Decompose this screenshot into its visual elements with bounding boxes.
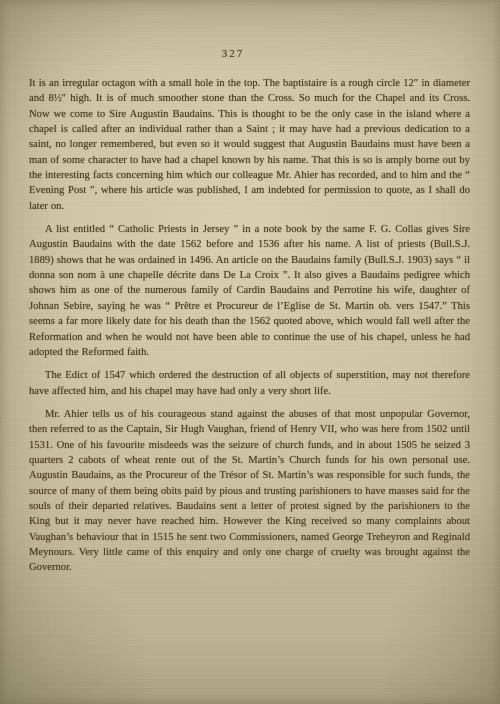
page-number: 327 (28, 48, 438, 60)
paragraph-3: The Edict of 1547 which ordered the dest… (29, 368, 470, 399)
paragraph-4: Mr. Ahier tells us of his courageous sta… (29, 407, 470, 576)
scanned-book-page: 327 It is an irregular octagon with a sm… (0, 0, 500, 704)
paragraph-2: A list entitled “ Catholic Priests in Je… (29, 222, 470, 360)
paragraph-1: It is an irregular octagon with a small … (29, 76, 470, 214)
page-text-block: It is an irregular octagon with a small … (29, 76, 470, 584)
